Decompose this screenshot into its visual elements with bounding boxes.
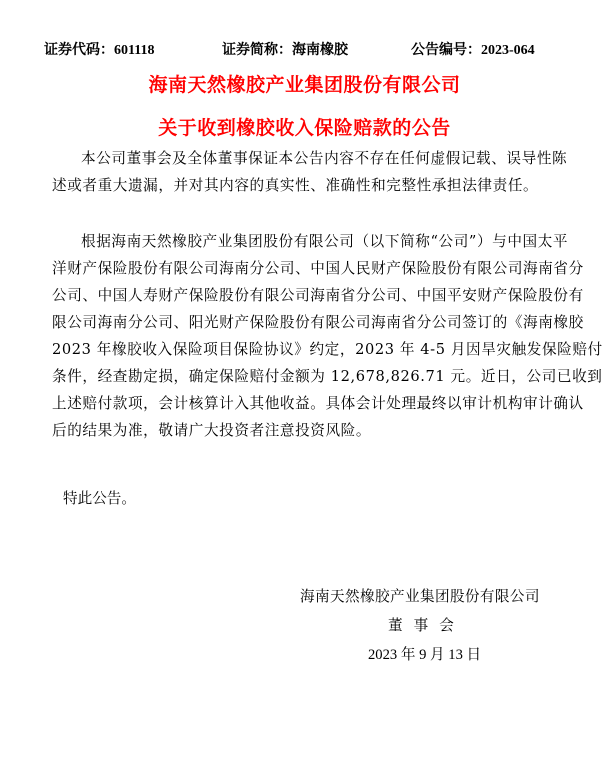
body-line: 洋财产保险股份有限公司海南分公司、中国人民财产保险股份有限公司海南省分: [52, 255, 560, 282]
disclaimer-line: 述或者重大遗漏，并对其内容的真实性、准确性和完整性承担法律责任。: [52, 172, 560, 199]
document-header: 证券代码：601118 证券简称：海南橡胶 公告编号：2023-064: [0, 39, 609, 59]
stock-abbreviation: 证券简称：海南橡胶: [222, 39, 348, 59]
body-line: 限公司海南分公司、阳光财产保险股份有限公司海南省分公司签订的《海南橡胶: [52, 309, 560, 336]
announcement-subject: 关于收到橡胶收入保险赔款的公告: [0, 113, 609, 140]
company-title: 海南天然橡胶产业集团股份有限公司: [0, 70, 609, 97]
announcement-number: 公告编号：2023-064: [411, 39, 535, 59]
body-line: 公司、中国人寿财产保险股份有限公司海南省分公司、中国平安财产保险股份有: [52, 282, 560, 309]
signature-date: 2023 年 9 月 13 日: [368, 643, 481, 664]
disclaimer-paragraph: 本公司董事会及全体董事保证本公告内容不存在任何虚假记载、误导性陈 述或者重大遗漏…: [52, 145, 560, 199]
closing-statement: 特此公告。: [63, 487, 136, 508]
body-line: 条件，经查勘定损，确定保险赔付金额为 12,678,826.71 元。近日，公司…: [52, 363, 560, 390]
body-line: 根据海南天然橡胶产业集团股份有限公司（以下简称“公司”）与中国太平: [52, 228, 560, 255]
body-paragraph: 根据海南天然橡胶产业集团股份有限公司（以下简称“公司”）与中国太平 洋财产保险股…: [52, 228, 560, 444]
signature-company: 海南天然橡胶产业集团股份有限公司: [300, 585, 550, 606]
body-line: 2023 年橡胶收入保险项目保险协议》约定，2023 年 4-5 月因旱灾触发保…: [52, 336, 560, 363]
body-line: 后的结果为准，敬请广大投资者注意投资风险。: [52, 417, 560, 444]
stock-code: 证券代码：601118: [44, 39, 154, 59]
signature-board: 董事会: [388, 614, 465, 635]
disclaimer-line: 本公司董事会及全体董事保证本公告内容不存在任何虚假记载、误导性陈: [52, 145, 560, 172]
body-line: 上述赔付款项，会计核算计入其他收益。具体会计处理最终以审计机构审计确认: [52, 390, 560, 417]
